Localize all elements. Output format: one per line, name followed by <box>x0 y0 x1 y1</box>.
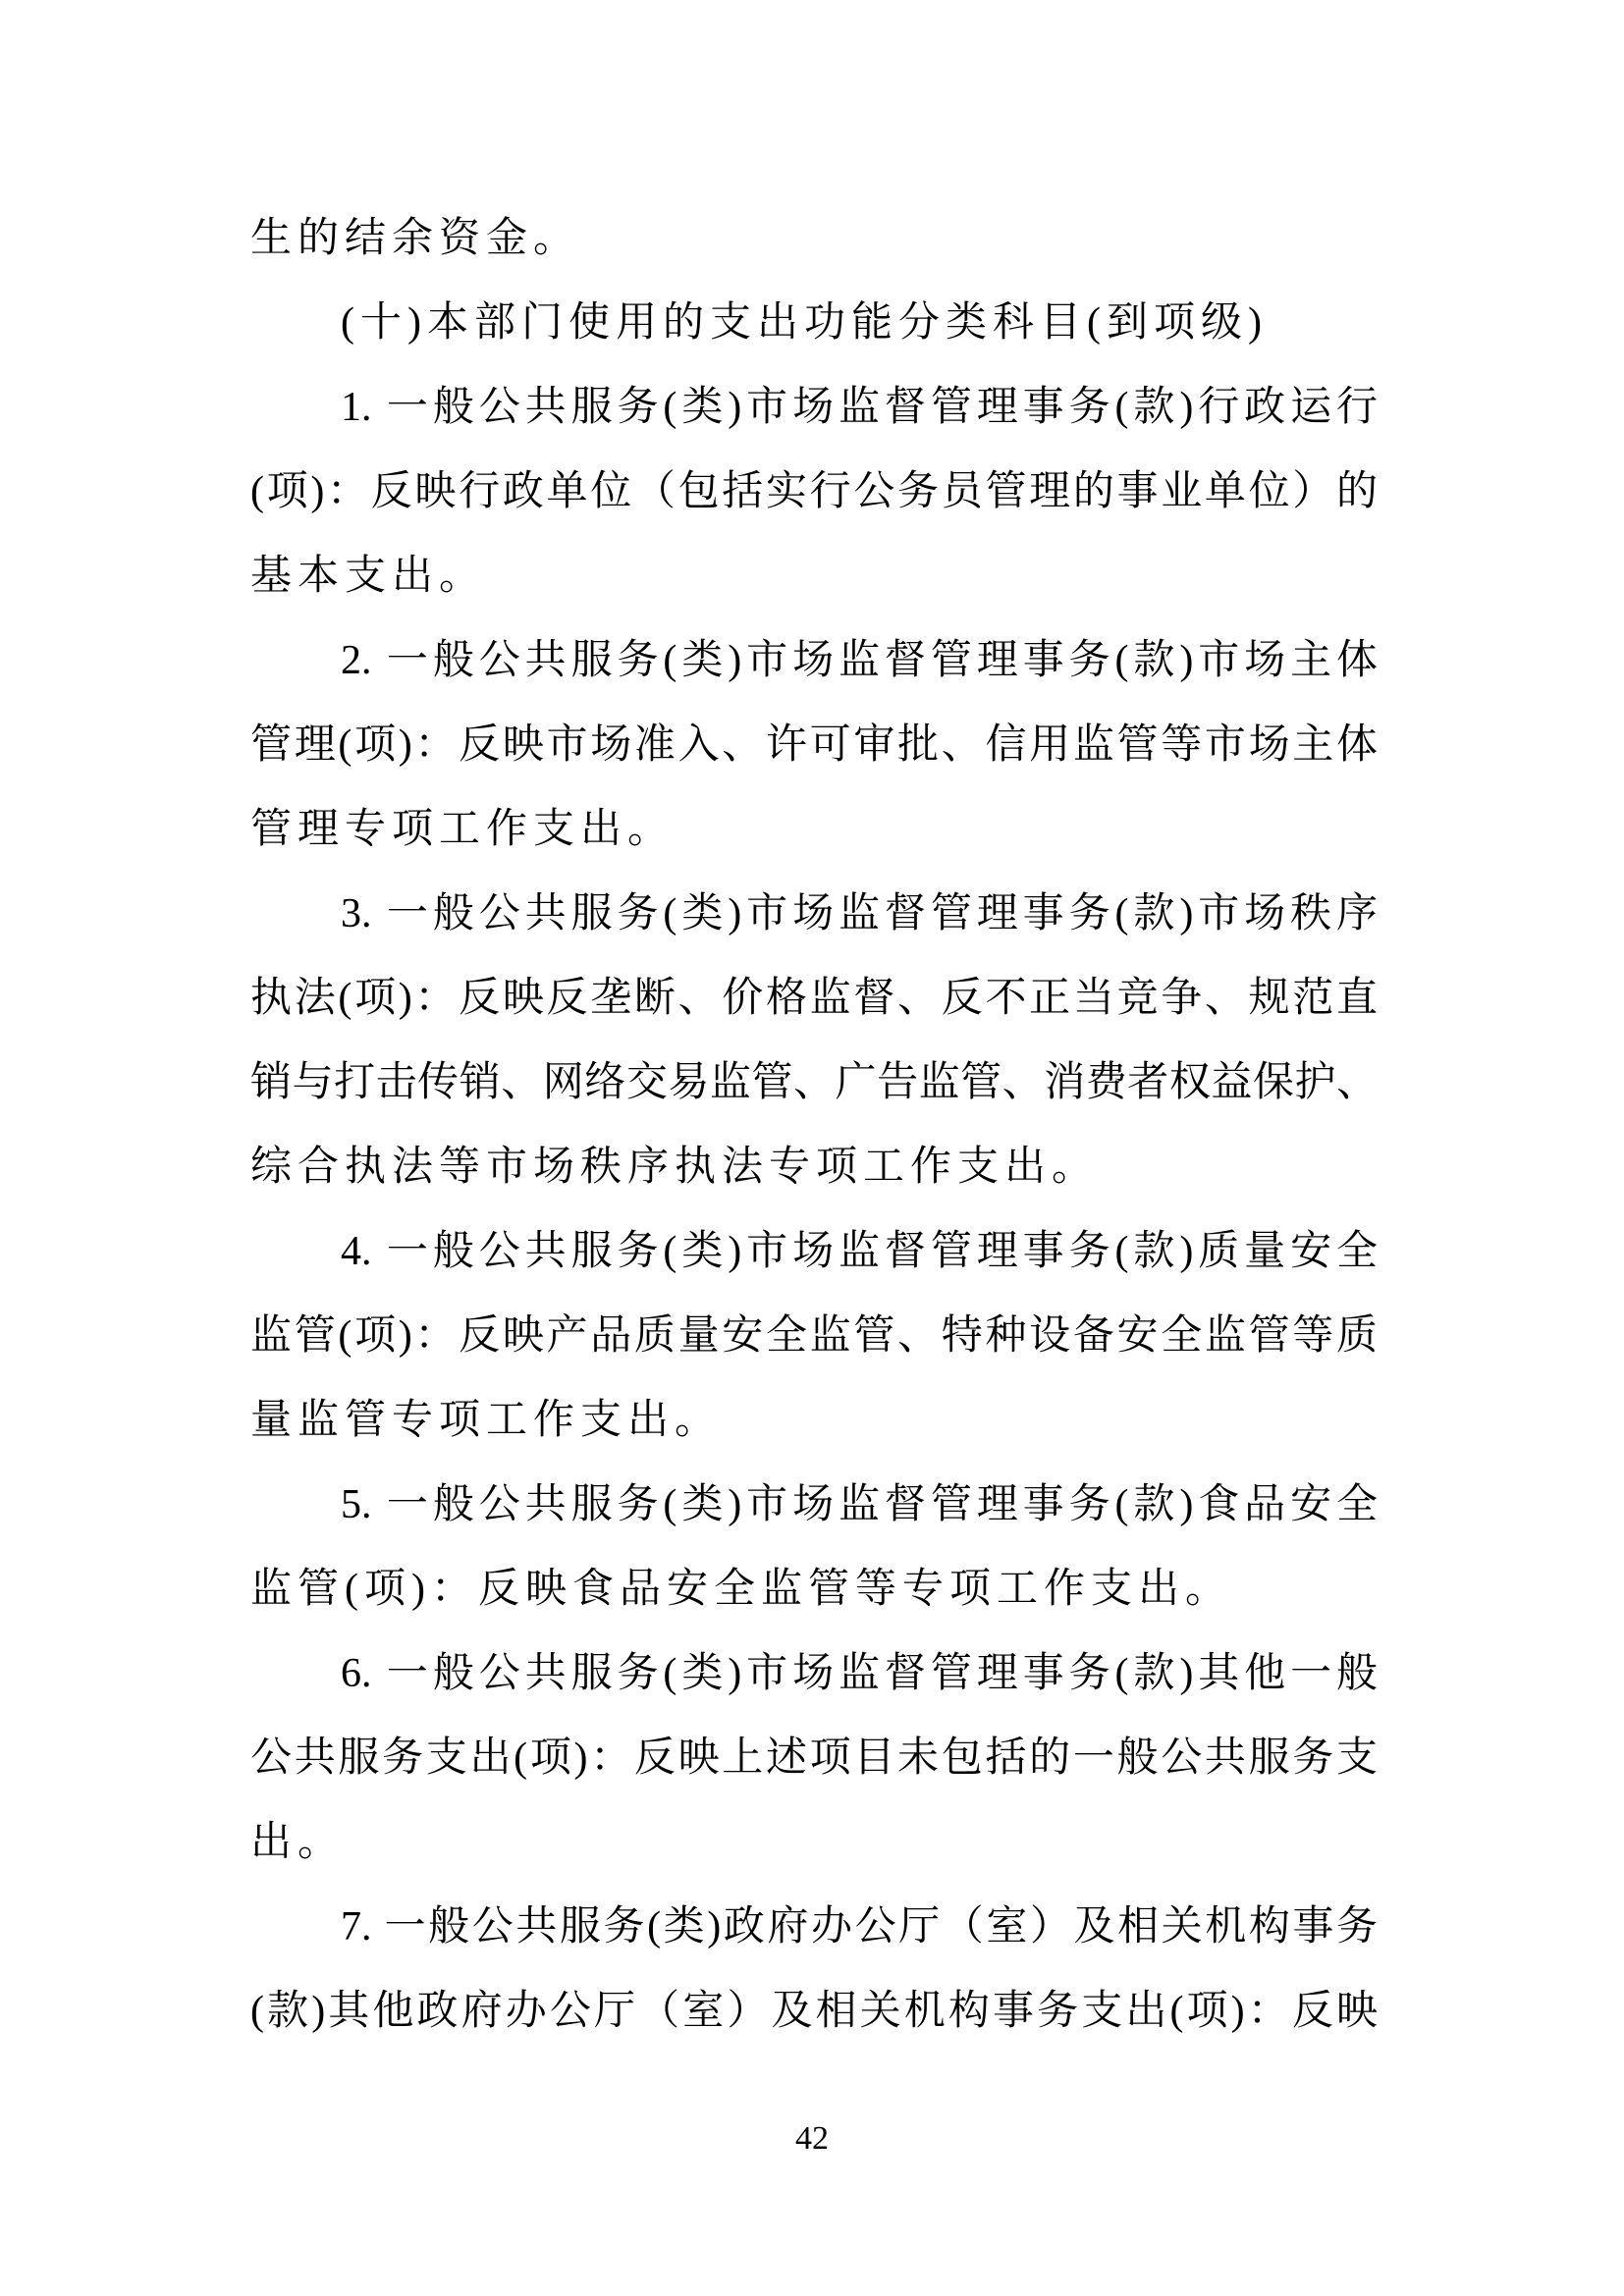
text-line: 7. 一般公共服务(类)政府办公厅（室）及相关机构事务 <box>250 1885 1378 1969</box>
text-line: 综合执法等市场秩序执法专项工作支出。 <box>250 1125 1378 1209</box>
text-line: 监管(项)：反映产品质量安全监管、特种设备安全监管等质 <box>250 1294 1378 1378</box>
text-line: 基本支出。 <box>250 534 1378 618</box>
text-line: 出。 <box>250 1800 1378 1885</box>
text-line: 监管(项)：反映食品安全监管等专项工作支出。 <box>250 1547 1378 1631</box>
text-line: 1. 一般公共服务(类)市场监督管理事务(款)行政运行 <box>250 365 1378 450</box>
text-line: 执法(项)：反映反垄断、价格监督、反不正当竞争、规范直 <box>250 956 1378 1041</box>
text-line: 6. 一般公共服务(类)市场监督管理事务(款)其他一般 <box>250 1631 1378 1716</box>
text-line: 3. 一般公共服务(类)市场监督管理事务(款)市场秩序 <box>250 872 1378 956</box>
text-line: 2. 一般公共服务(类)市场监督管理事务(款)市场主体 <box>250 618 1378 703</box>
text-line: (十)本部门使用的支出功能分类科目(到项级) <box>250 281 1378 365</box>
document-page: 生的结余资金。(十)本部门使用的支出功能分类科目(到项级)1. 一般公共服务(类… <box>0 0 1624 2296</box>
text-line: 5. 一般公共服务(类)市场监督管理事务(款)食品安全 <box>250 1463 1378 1547</box>
document-body: 生的结余资金。(十)本部门使用的支出功能分类科目(到项级)1. 一般公共服务(类… <box>250 196 1378 2054</box>
text-line: 公共服务支出(项)：反映上述项目未包括的一般公共服务支 <box>250 1716 1378 1800</box>
page-number: 42 <box>0 2120 1624 2158</box>
text-line: 量监管专项工作支出。 <box>250 1378 1378 1463</box>
text-line: 销与打击传销、网络交易监管、广告监管、消费者权益保护、 <box>250 1041 1378 1125</box>
text-line: 管理(项)：反映市场准入、许可审批、信用监管等市场主体 <box>250 703 1378 787</box>
text-line: 管理专项工作支出。 <box>250 787 1378 872</box>
text-line: (项)：反映行政单位（包括实行公务员管理的事业单位）的 <box>250 450 1378 534</box>
text-line: 生的结余资金。 <box>250 196 1378 281</box>
text-line: 4. 一般公共服务(类)市场监督管理事务(款)质量安全 <box>250 1209 1378 1294</box>
text-line: (款)其他政府办公厅（室）及相关机构事务支出(项)：反映 <box>250 1969 1378 2054</box>
